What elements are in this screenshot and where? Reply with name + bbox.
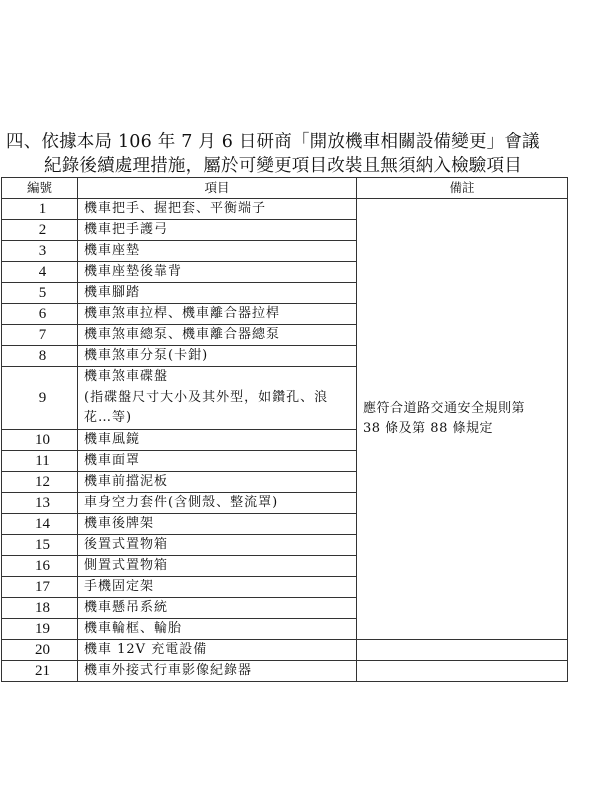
heading-line-2: 紀錄後續處理措施，屬於可變更項目改裝且無須納入檢驗項目: [0, 154, 600, 178]
row-item: 機車輪框、輪胎: [78, 618, 357, 639]
row-item: 機車面罩: [78, 450, 357, 471]
row-item: 機車腳踏: [78, 283, 357, 304]
row-item: 機車風鏡: [78, 429, 357, 450]
row-remark: [357, 660, 568, 681]
row-number: 6: [2, 304, 78, 325]
row-number: 12: [2, 471, 78, 492]
row-item: 機車煞車總泵、機車離合器總泵: [78, 325, 357, 346]
header-number: 編號: [2, 178, 78, 199]
row-number: 15: [2, 534, 78, 555]
row-item: 機車座墊: [78, 241, 357, 262]
row-number: 7: [2, 325, 78, 346]
row-number: 11: [2, 450, 78, 471]
row-number: 18: [2, 597, 78, 618]
row-number: 4: [2, 262, 78, 283]
row-number: 8: [2, 346, 78, 367]
row-number: 20: [2, 639, 78, 660]
remark-line-1: 應符合道路交通安全規則第: [363, 399, 567, 419]
row-number: 5: [2, 283, 78, 304]
row-item: 機車外接式行車影像紀錄器: [78, 660, 357, 681]
table-header-row: 編號 項目 備註: [2, 178, 568, 199]
row-item-line: 花…等): [84, 408, 356, 429]
document-heading: 四、依據本局 106 年 7 月 6 日研商「開放機車相關設備變更」會議 紀錄後…: [0, 130, 600, 178]
row-item: 機車把手、握把套、平衡端子: [78, 199, 357, 220]
row-item: 機車前擋泥板: [78, 471, 357, 492]
row-item: 機車 12V 充電設備: [78, 639, 357, 660]
row-item: 機車後牌架: [78, 513, 357, 534]
row-item: 車身空力套件(含側殼、整流罩): [78, 492, 357, 513]
row-number: 17: [2, 576, 78, 597]
table-row: 21 機車外接式行車影像紀錄器: [2, 660, 568, 681]
row-number: 9: [2, 367, 78, 430]
row-number: 1: [2, 199, 78, 220]
heading-line-1: 四、依據本局 106 年 7 月 6 日研商「開放機車相關設備變更」會議: [0, 130, 600, 154]
row-number: 13: [2, 492, 78, 513]
row-number: 10: [2, 429, 78, 450]
remark-line-2: 38 條及第 88 條規定: [363, 419, 567, 439]
row-number: 14: [2, 513, 78, 534]
table-row: 1 機車把手、握把套、平衡端子 應符合道路交通安全規則第 38 條及第 88 條…: [2, 199, 568, 220]
row-number: 19: [2, 618, 78, 639]
row-number: 2: [2, 220, 78, 241]
table-row: 20 機車 12V 充電設備: [2, 639, 568, 660]
header-item: 項目: [78, 178, 357, 199]
row-item: 機車煞車分泵(卡鉗): [78, 346, 357, 367]
row-item: 後置式置物箱: [78, 534, 357, 555]
row-item-line: 機車煞車碟盤: [84, 367, 356, 388]
row-item: 機車把手護弓: [78, 220, 357, 241]
row-item: 機車煞車碟盤 (指碟盤尺寸大小及其外型，如鑽孔、浪 花…等): [78, 367, 357, 430]
row-number: 16: [2, 555, 78, 576]
row-item: 機車煞車拉桿、機車離合器拉桿: [78, 304, 357, 325]
row-item: 機車懸吊系統: [78, 597, 357, 618]
merged-remark-cell: 應符合道路交通安全規則第 38 條及第 88 條規定: [357, 199, 568, 640]
modification-items-table: 編號 項目 備註 1 機車把手、握把套、平衡端子 應符合道路交通安全規則第 38…: [1, 177, 568, 682]
row-number: 21: [2, 660, 78, 681]
row-item: 機車座墊後靠背: [78, 262, 357, 283]
row-item: 側置式置物箱: [78, 555, 357, 576]
row-item: 手機固定架: [78, 576, 357, 597]
row-number: 3: [2, 241, 78, 262]
row-remark: [357, 639, 568, 660]
row-item-line: (指碟盤尺寸大小及其外型，如鑽孔、浪: [84, 388, 356, 409]
header-remark: 備註: [357, 178, 568, 199]
